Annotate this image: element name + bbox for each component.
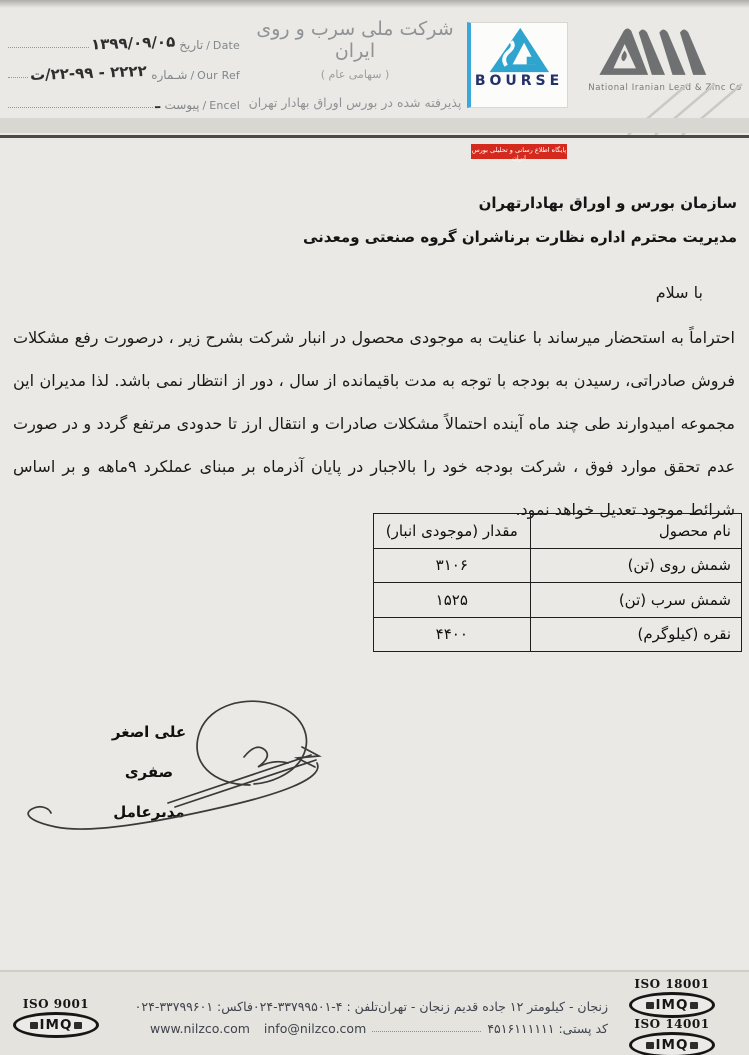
encl-field: Encel / پیوست ـ [8, 82, 240, 112]
dotted-rule [8, 77, 28, 78]
imq-chip-icon [690, 1042, 698, 1049]
company-listing-note: پذیرفته شده در بورس اوراق بهادار تهران [245, 95, 465, 110]
scanned-letter-page: Date / تاریخ ۱۳۹۹/۰۹/۰۵ Our Ref / شـماره… [0, 0, 749, 1055]
amount-cell: ۴۴۰۰ [374, 617, 531, 652]
encl-label-en: Encel [209, 99, 240, 112]
imq-chip-icon [646, 1002, 654, 1009]
salutation: با سلام [656, 283, 703, 302]
dotted-rule [372, 1031, 481, 1032]
header-divider-rule [0, 135, 749, 138]
footer-address-line: زنجان - کیلومتر ۱۲ جاده قدیم زنجان - تهر… [150, 992, 608, 1014]
ref-label-fa: شـماره [151, 68, 187, 82]
dotted-rule [8, 47, 89, 48]
footer-contact-block: زنجان - کیلومتر ۱۲ جاده قدیم زنجان - تهر… [150, 992, 608, 1036]
label-separator: / [190, 69, 194, 82]
table-row: نقره (کیلوگرم) ۴۴۰۰ [374, 617, 742, 652]
product-cell: نقره (کیلوگرم) [530, 617, 741, 652]
date-value: ۱۳۹۹/۰۹/۰۵ [91, 33, 176, 54]
iso-18001-label: ISO 18001 [622, 977, 722, 991]
imq-wordmark: IMQ [656, 997, 689, 1013]
signatory-title: مدیرعامل [88, 792, 210, 832]
product-cell: شمش روی (تن) [530, 548, 741, 583]
bourse-wordmark: BOURSE [475, 74, 563, 88]
signatory-name: علی اصغر صفری [88, 712, 210, 792]
bourse-triangle-icon [487, 26, 551, 74]
label-separator: / [206, 39, 210, 52]
addressee-line-2: مدیریت محترم اداره نظارت برناشران گروه ص… [303, 220, 737, 254]
fax-value: ۰۲۴-۳۳۷۹۹۶۰۱ [135, 999, 213, 1014]
imq-chip-icon [690, 1002, 698, 1009]
nilz-caption: National Iranian Lead & Zinc Co [584, 83, 746, 93]
postal-code-label: کد پستی: [558, 1021, 608, 1036]
addressee-line-1: سازمان بورس و اوراق بهادارتهران [303, 186, 737, 220]
signatory-block: علی اصغر صفری مدیرعامل [88, 712, 210, 832]
postal-code-value: ۴۵۱۶۱۱۱۱۱۱ [487, 1021, 554, 1036]
ref-field: Our Ref / شـماره ۲۲۲۲ - ۲۲-۹۹/ت [8, 52, 240, 82]
inventory-table: نام محصول مقدار (موجودی انبار) شمش روی (… [373, 513, 742, 652]
imq-oval-icon: IMQ [629, 1032, 715, 1055]
table-row: شمش سرب (تن) ۱۵۲۵ [374, 583, 742, 618]
website-text: www.nilzco.com [150, 1021, 250, 1036]
amount-cell: ۳۱۰۶ [374, 548, 531, 583]
iso-14001-badge: ISO 14001 IMQ [622, 1017, 722, 1055]
product-cell: شمش سرب (تن) [530, 583, 741, 618]
nilz-mountain-icon [590, 25, 740, 77]
imq-wordmark: IMQ [656, 1037, 689, 1053]
fax-label: فاکس: [217, 999, 253, 1014]
letterhead-meta: Date / تاریخ ۱۳۹۹/۰۹/۰۵ Our Ref / شـماره… [8, 22, 240, 112]
imq-chip-icon [74, 1022, 82, 1029]
ref-label-en: Our Ref [197, 69, 240, 82]
letter-body: احتراماً به استحضار میرساند با عنایت به … [13, 316, 735, 531]
table-row: شمش روی (تن) ۳۱۰۶ [374, 548, 742, 583]
company-name: شرکت ملی سرب و روی ایران [245, 18, 465, 62]
phone-label: تلفن : [347, 999, 379, 1014]
addressee-block: سازمان بورس و اوراق بهادارتهران مدیریت م… [303, 186, 737, 254]
table-header-row: نام محصول مقدار (موجودی انبار) [374, 514, 742, 549]
imq-oval-icon: IMQ [13, 1012, 99, 1038]
footer-address: زنجان - کیلومتر ۱۲ جاده قدیم زنجان - تهر… [378, 999, 608, 1014]
label-separator: / [202, 99, 206, 112]
imq-wordmark: IMQ [40, 1017, 73, 1033]
header-divider-band [0, 118, 749, 133]
nilz-logo: National Iranian Lead & Zinc Co [584, 25, 746, 93]
company-type: ( سهامی عام ) [245, 68, 465, 81]
phone-value: ۰۲۴-۳۳۷۹۹۵۰۱-۴ [253, 999, 343, 1014]
footer-web-line: کد پستی: ۴۵۱۶۱۱۱۱۱۱ info@nilzco.com www.… [150, 1014, 608, 1036]
bourse-tagline: پایگاه اطلاع رسانی و تحلیلی بورس ایران [471, 144, 567, 159]
encl-value: ـ [155, 94, 161, 112]
iso-18001-badge: ISO 18001 IMQ [622, 977, 722, 1018]
iso-14001-label: ISO 14001 [622, 1017, 722, 1031]
iso-9001-badge: ISO 9001 IMQ [10, 997, 102, 1038]
amount-cell: ۱۵۲۵ [374, 583, 531, 618]
date-field: Date / تاریخ ۱۳۹۹/۰۹/۰۵ [8, 22, 240, 52]
email-text: info@nilzco.com [264, 1021, 366, 1036]
iso-9001-label: ISO 9001 [10, 997, 102, 1011]
dotted-rule [8, 107, 153, 108]
company-block: شرکت ملی سرب و روی ایران ( سهامی عام ) پ… [245, 18, 465, 110]
ref-value: ۲۲۲۲ - ۲۲-۹۹/ت [30, 62, 147, 84]
col-header-amount: مقدار (موجودی انبار) [374, 514, 531, 549]
imq-chip-icon [646, 1042, 654, 1049]
date-label-en: Date [213, 39, 240, 52]
bourse-logo: BOURSE پایگاه اطلاع رسانی و تحلیلی بورس … [467, 22, 568, 108]
imq-chip-icon [30, 1022, 38, 1029]
date-label-fa: تاریخ [179, 38, 203, 52]
col-header-product: نام محصول [530, 514, 741, 549]
encl-label-fa: پیوست [164, 98, 199, 112]
imq-oval-icon: IMQ [629, 992, 715, 1018]
